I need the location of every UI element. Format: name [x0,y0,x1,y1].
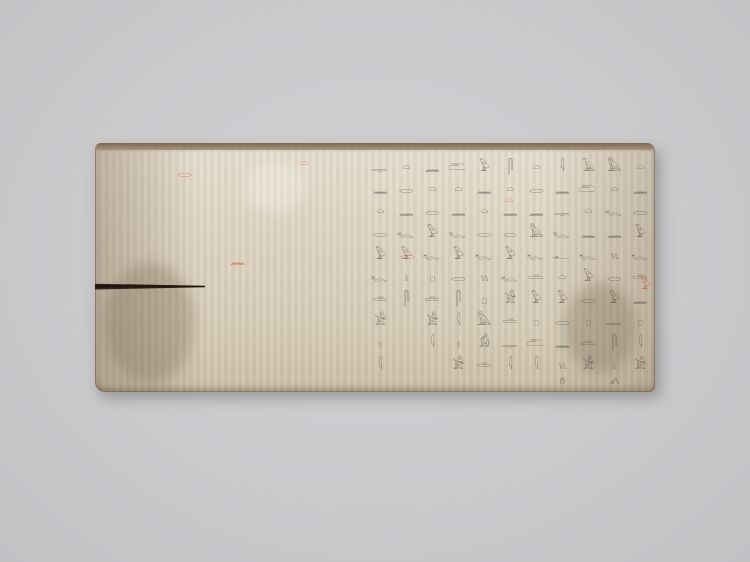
red-ink-mark: 𓏏 [505,188,513,209]
writing-board: 𓏏𓈖𓂋𓅱𓆑𓏛𓈖𓊪𓇋𓀀𓏤𓂝 𓅓𓏏𓆑𓈖𓏭𓂋𓅱𓊃𓋴𓏤𓀁𓂻 𓄿𓂧𓏏𓈖𓆑𓅱𓂋𓊪𓏛𓀀𓈖𓏤 𓇋… [95,143,655,392]
red-ink-mark: 𓈖 [230,248,246,269]
red-ink-mark: 𓅱 [640,273,651,294]
text-column: 𓅓𓏏𓆑𓈖𓏭𓂋𓅱𓊃𓋴𓏤𓀁𓂻 [604,155,621,384]
text-column: 𓄿𓂧𓏏𓈖𓆑𓅱𓂋𓊪𓏛𓀀𓈖𓏤 [578,155,595,384]
red-ink-mark: 𓂋 [400,243,415,264]
text-column: 𓏏𓈖𓂋𓅱𓆑𓏛𓈖𓊪𓇋𓀀𓏤𓂝 [630,155,647,384]
photograph: { "image": { "subject": "Ancient Egyptia… [0,0,750,562]
text-column: 𓇋𓈖𓊃𓆑𓂝𓏏𓅱𓂋𓈖𓏭𓋴𓀀 [552,155,569,384]
text-column: 𓊃𓈖𓏏𓂋𓅱𓆑𓏛𓀀𓏤𓇋𓈖 [370,155,387,384]
red-ink-mark: 𓏏 [300,151,308,172]
image-description: Ancient Egyptian wooden writing board wi… [0,0,1,1]
hieratic-text-columns: 𓏏𓈖𓂋𓅱𓆑𓏛𓈖𓊪𓇋𓀀𓏤𓂝 𓅓𓏏𓆑𓈖𓏭𓂋𓅱𓊃𓋴𓏤𓀁𓂻 𓄿𓂧𓏏𓈖𓆑𓅱𓂋𓊪𓏛𓀀𓈖𓏤 𓇋… [105,155,647,384]
text-column: 𓏏𓂋𓈖𓆑𓅱𓏤𓋴 [396,155,413,384]
board-top-edge [95,143,655,150]
text-column: 𓅱𓈖𓏏𓂋𓆑𓏭𓊪𓅓𓀁𓏛𓈖𓂻 [474,155,491,384]
text-column: 𓏏𓂋𓈖𓅓𓆑𓏛𓅱𓊪𓂧𓇋𓈖𓏤 [526,155,543,384]
text-column: 𓂧𓏏𓈖𓆑𓅱𓂋𓋴𓇋𓏤𓀀𓈖𓏛 [448,155,465,384]
text-column: 𓈖𓏏𓂋𓅱𓆑𓊪𓏛𓀀𓇋 [422,155,439,384]
red-ink-mark: 𓂋 [177,161,192,182]
